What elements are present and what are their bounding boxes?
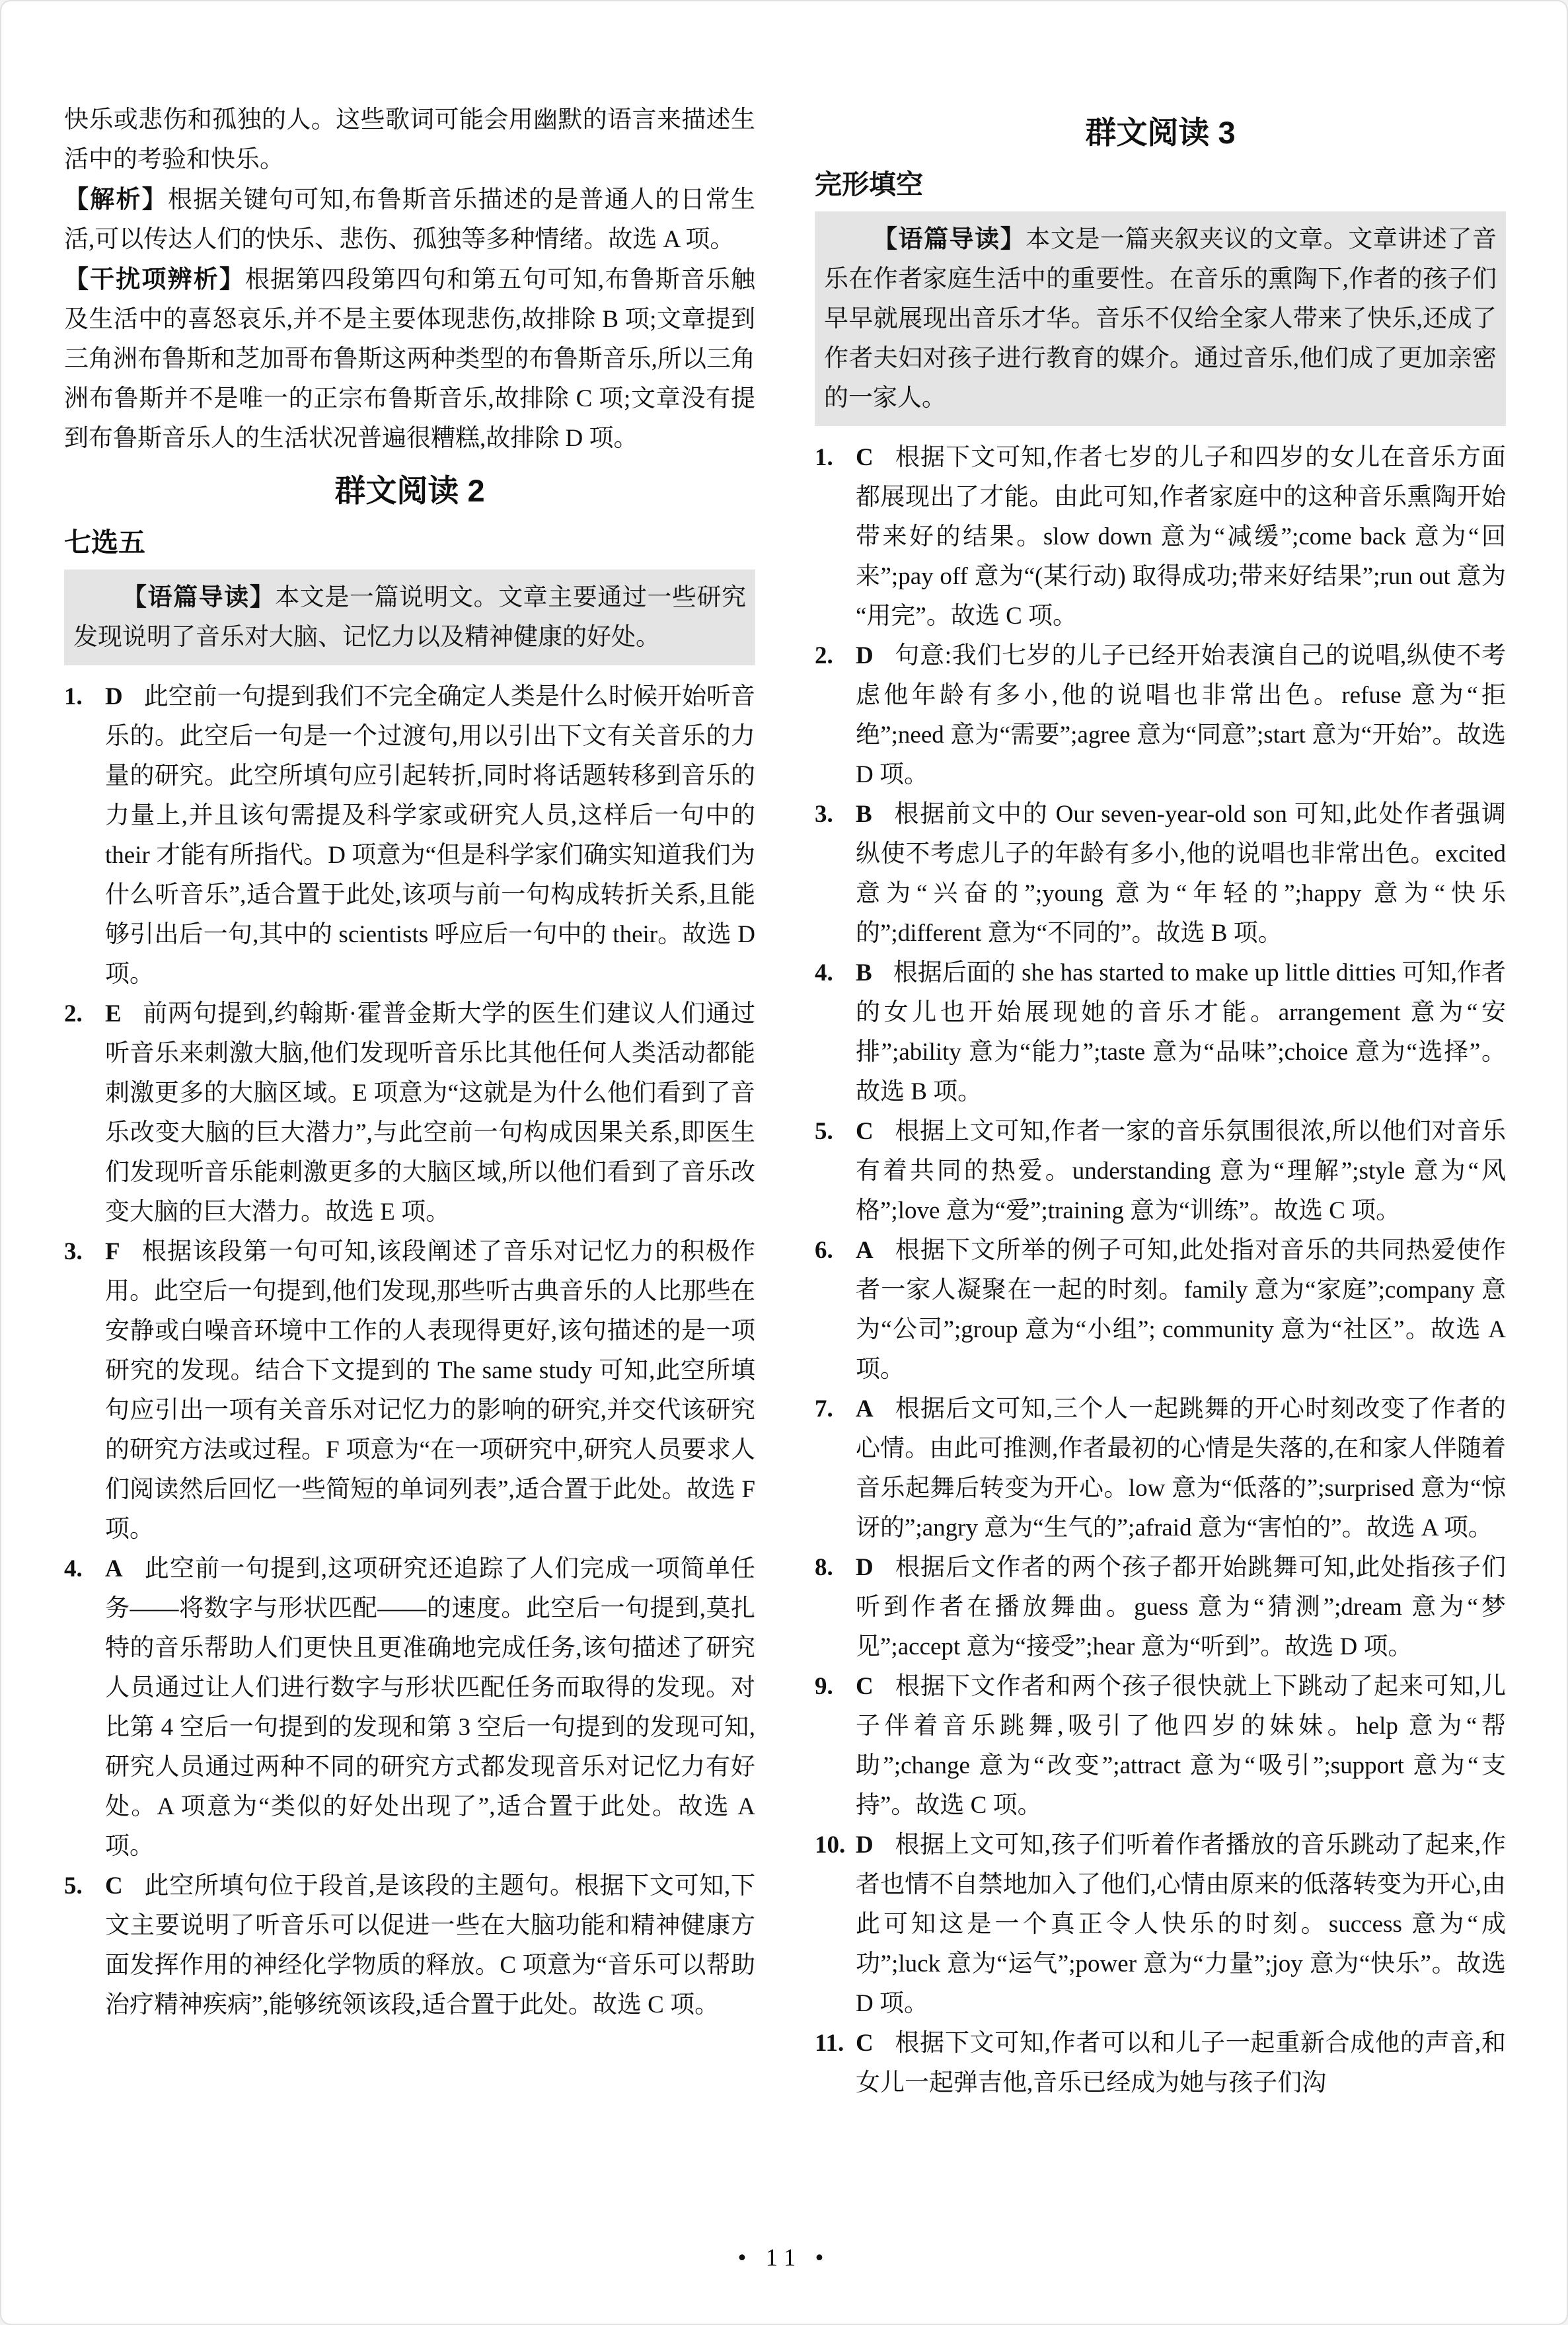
answer-item: 2.D句意:我们七岁的儿子已经开始表演自己的说唱,纵使不考虑他年龄有多小,他的说… (815, 636, 1506, 795)
answer-item: 4.A此空前一句提到,这项研究还追踪了人们完成一项简单任务——将数字与形状匹配—… (64, 1549, 755, 1866)
item-explanation: 根据该段第一句可知,该段阐述了音乐对记忆力的积极作用。此空后一句提到,他们发现,… (105, 1238, 755, 1543)
answer-letter: F (105, 1238, 120, 1265)
guide-text: 本文是一篇夹叙夹议的文章。文章讲述了音乐在作者家庭生活中的重要性。在音乐的熏陶下… (824, 226, 1497, 412)
answer-item: 7.A根据后文可知,三个人一起跳舞的开心时刻改变了作者的心情。由此可推测,作者最… (815, 1389, 1506, 1548)
passage-guide-box: 【语篇导读】本文是一篇说明文。文章主要通过一些研究发现说明了音乐对大脑、记忆力以… (64, 570, 755, 665)
item-explanation: 根据后文可知,三个人一起跳舞的开心时刻改变了作者的心情。由此可推测,作者最初的心… (856, 1395, 1506, 1541)
item-number: 6. (815, 1231, 853, 1271)
analysis-text: 根据关键句可知,布鲁斯音乐描述的是普通人的日常生活,可以传达人们的快乐、悲伤、孤… (64, 186, 755, 253)
distractor-analysis-paragraph: 【干扰项辨析】根据第四段第四句和第五句可知,布鲁斯音乐触及生活中的喜怒哀乐,并不… (64, 260, 755, 459)
answer-letter: C (105, 1872, 123, 1900)
two-column-layout: 快乐或悲伤和孤独的人。这些歌词可能会用幽默的语言来描述生活中的考验和快乐。 【解… (1, 1, 1567, 2103)
answer-item: 2.E前两句提到,约翰斯·霍普金斯大学的医生们建议人们通过听音乐来刺激大脑,他们… (64, 994, 755, 1232)
answer-letter: A (856, 1395, 874, 1422)
item-explanation: 根据前文中的 Our seven-year-old son 可知,此处作者强调纵… (856, 801, 1506, 947)
answer-letter: C (856, 1673, 874, 1700)
section-title-group-reading-3: 群文阅读 3 (815, 111, 1506, 155)
answer-letter: C (856, 1118, 874, 1145)
answer-letter: C (856, 2030, 874, 2057)
workbook-answer-page: 快乐或悲伤和孤独的人。这些歌词可能会用幽默的语言来描述生活中的考验和快乐。 【解… (0, 0, 1568, 2325)
distractor-label: 【干扰项辨析】 (64, 266, 245, 293)
answer-letter: A (856, 1237, 874, 1264)
answer-item: 1.D此空前一句提到我们不完全确定人类是什么时候开始听音乐的。此空后一句是一个过… (64, 677, 755, 994)
item-number: 1. (64, 677, 102, 717)
item-explanation: 此空前一句提到我们不完全确定人类是什么时候开始听音乐的。此空后一句是一个过渡句,… (105, 683, 755, 988)
answer-item: 4.B根据后面的 she has started to make up litt… (815, 953, 1506, 1112)
answer-item: 8.D根据后文作者的两个孩子都开始跳舞可知,此处指孩子们听到作者在播放舞曲。gu… (815, 1548, 1506, 1667)
item-number: 4. (64, 1549, 102, 1589)
item-explanation: 根据上文可知,孩子们听着作者播放的音乐跳动了起来,作者也情不自禁地加入了他们,心… (856, 1831, 1506, 2017)
answer-letter: B (856, 959, 872, 986)
right-column: 群文阅读 3 完形填空 【语篇导读】本文是一篇夹叙夹议的文章。文章讲述了音乐在作… (815, 100, 1506, 2103)
answer-item: 5.C根据上文可知,作者一家的音乐氛围很浓,所以他们对音乐有着共同的热爱。und… (815, 1112, 1506, 1231)
item-number: 1. (815, 438, 853, 478)
item-number: 2. (815, 636, 853, 676)
passage-guide-box: 【语篇导读】本文是一篇夹叙夹议的文章。文章讲述了音乐在作者家庭生活中的重要性。在… (815, 211, 1506, 426)
item-number: 2. (64, 994, 102, 1034)
item-explanation: 此空前一句提到,这项研究还追踪了人们完成一项简单任务——将数字与形状匹配——的速… (105, 1555, 755, 1860)
item-number: 3. (815, 795, 853, 834)
item-number: 7. (815, 1389, 853, 1429)
answer-list-cloze: 1.C根据下文可知,作者七岁的儿子和四岁的女儿在音乐方面都展现出了才能。由此可知… (815, 438, 1506, 2103)
answer-letter: C (856, 444, 874, 471)
answer-item: 11.C根据下文可知,作者可以和儿子一起重新合成他的声音,和女儿一起弹吉他,音乐… (815, 2024, 1506, 2103)
item-explanation: 根据下文作者和两个孩子很快就上下跳动了起来可知,儿子伴着音乐跳舞,吸引了他四岁的… (856, 1673, 1506, 1819)
item-number: 4. (815, 953, 853, 993)
section-subtitle-cloze-test: 完形填空 (815, 164, 1506, 205)
item-explanation: 根据后文作者的两个孩子都开始跳舞可知,此处指孩子们听到作者在播放舞曲。guess… (856, 1554, 1506, 1660)
item-number: 8. (815, 1548, 853, 1588)
guide-label: 【语篇导读】 (873, 225, 1026, 252)
item-explanation: 根据下文可知,作者七岁的儿子和四岁的女儿在音乐方面都展现出了才能。由此可知,作者… (856, 444, 1506, 630)
item-number: 11. (815, 2024, 853, 2063)
section-title-group-reading-2: 群文阅读 2 (64, 469, 755, 513)
item-number: 5. (815, 1112, 853, 1152)
answer-letter: D (105, 683, 123, 710)
answer-letter: B (856, 801, 872, 828)
page-number: • 11 • (1, 2244, 1567, 2272)
answer-item: 6.A根据下文所举的例子可知,此处指对音乐的共同热爱使作者一家人凝聚在一起的时刻… (815, 1231, 1506, 1389)
item-number: 10. (815, 1826, 853, 1865)
section-subtitle-seven-choose-five: 七选五 (64, 522, 755, 563)
left-column: 快乐或悲伤和孤独的人。这些歌词可能会用幽默的语言来描述生活中的考验和快乐。 【解… (64, 100, 755, 2103)
answer-item: 9.C根据下文作者和两个孩子很快就上下跳动了起来可知,儿子伴着音乐跳舞,吸引了他… (815, 1667, 1506, 1826)
item-explanation: 根据下文所举的例子可知,此处指对音乐的共同热爱使作者一家人凝聚在一起的时刻。fa… (856, 1237, 1506, 1383)
distractor-text: 根据第四段第四句和第五句可知,布鲁斯音乐触及生活中的喜怒哀乐,并不是主要体现悲伤… (64, 266, 755, 452)
answer-item: 3.F根据该段第一句可知,该段阐述了音乐对记忆力的积极作用。此空后一句提到,他们… (64, 1232, 755, 1549)
carryover-paragraph: 快乐或悲伤和孤独的人。这些歌词可能会用幽默的语言来描述生活中的考验和快乐。 (64, 100, 755, 180)
item-number: 5. (64, 1866, 102, 1906)
answer-letter: A (105, 1555, 123, 1582)
answer-item: 10.D根据上文可知,孩子们听着作者播放的音乐跳动了起来,作者也情不自禁地加入了… (815, 1826, 1506, 2024)
answer-letter: D (856, 1554, 874, 1581)
answer-item: 3.B根据前文中的 Our seven-year-old son 可知,此处作者… (815, 795, 1506, 953)
answer-letter: E (105, 1000, 122, 1027)
analysis-label: 【解析】 (64, 186, 168, 213)
item-explanation: 根据下文可知,作者可以和儿子一起重新合成他的声音,和女儿一起弹吉他,音乐已经成为… (856, 2030, 1506, 2096)
guide-label: 【语篇导读】 (122, 583, 275, 610)
answer-list-seven-choose-five: 1.D此空前一句提到我们不完全确定人类是什么时候开始听音乐的。此空后一句是一个过… (64, 677, 755, 2025)
answer-letter: D (856, 642, 874, 669)
item-number: 9. (815, 1667, 853, 1707)
answer-item: 1.C根据下文可知,作者七岁的儿子和四岁的女儿在音乐方面都展现出了才能。由此可知… (815, 438, 1506, 636)
answer-letter: D (856, 1831, 874, 1859)
item-explanation: 句意:我们七岁的儿子已经开始表演自己的说唱,纵使不考虑他年龄有多小,他的说唱也非… (856, 642, 1506, 788)
item-explanation: 根据后面的 she has started to make up little … (856, 959, 1506, 1105)
item-number: 3. (64, 1232, 102, 1272)
item-explanation: 此空所填句位于段首,是该段的主题句。根据下文可知,下文主要说明了听音乐可以促进一… (105, 1872, 755, 2018)
analysis-paragraph: 【解析】根据关键句可知,布鲁斯音乐描述的是普通人的日常生活,可以传达人们的快乐、… (64, 180, 755, 260)
answer-item: 5.C此空所填句位于段首,是该段的主题句。根据下文可知,下文主要说明了听音乐可以… (64, 1866, 755, 2025)
item-explanation: 根据上文可知,作者一家的音乐氛围很浓,所以他们对音乐有着共同的热爱。unders… (856, 1118, 1506, 1224)
item-explanation: 前两句提到,约翰斯·霍普金斯大学的医生们建议人们通过听音乐来刺激大脑,他们发现听… (105, 1000, 755, 1226)
